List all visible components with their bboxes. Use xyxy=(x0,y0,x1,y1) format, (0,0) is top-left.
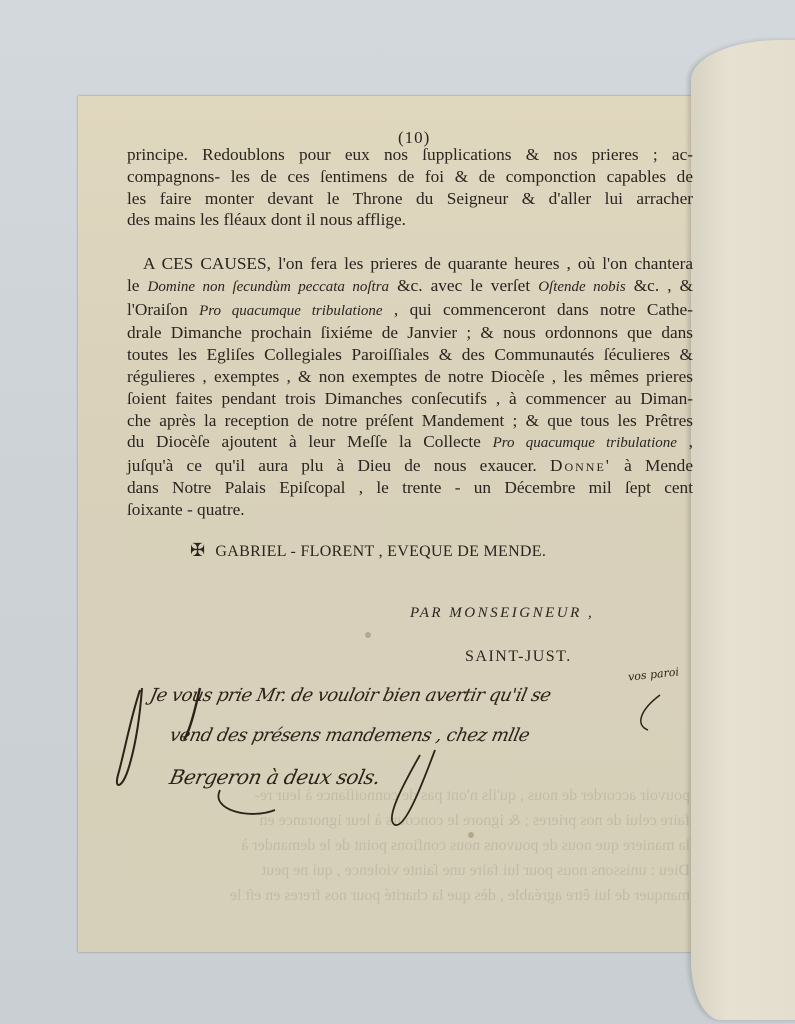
text-line: le Domine non ſecundùm peccata noſtra &c… xyxy=(127,275,693,299)
paper-stain xyxy=(468,832,474,838)
text-fragment: juſqu'à ce qu'il aura plu à Dieu de nous… xyxy=(127,456,550,475)
latin-text: Domine non ſecundùm peccata noſtra xyxy=(148,279,390,295)
text-line: toutes les Egliſes Collegiales Paroiſſia… xyxy=(127,344,693,366)
secretary-name: SAINT-JUST. xyxy=(465,648,572,666)
show-through-line: la maniere que nous de pouvons nous conf… xyxy=(120,835,690,857)
paper-stain xyxy=(365,632,371,638)
text-line: du Diocèſe ajoutent à leur Meſſe la Coll… xyxy=(127,431,693,455)
text-line: dans Notre Palais Epiſcopal , le trente … xyxy=(127,477,693,499)
paragraph-2: A CES CAUSES, l'on fera les prieres de q… xyxy=(127,253,693,521)
text-line: ſoixante - quatre. xyxy=(127,499,693,521)
facing-page-edge xyxy=(691,40,795,1020)
latin-text: Oſtende nobis xyxy=(538,279,625,295)
latin-text: Pro quacumque tribulatione xyxy=(199,303,382,319)
text-line: les faire monter devant le Throne du Sei… xyxy=(127,188,693,210)
handwritten-line: Bergeron à deux sols. xyxy=(167,765,382,789)
signature-text: GABRIEL - FLORENT , EVEQUE DE MENDE. xyxy=(215,543,546,560)
text-fragment: à Mende xyxy=(611,456,693,475)
text-fragment: &c. avec le verſet xyxy=(389,276,538,295)
text-line: l'Oraiſon Pro quacumque tribulatione , q… xyxy=(127,299,693,323)
handwritten-line: vend des présens mandemens , chez mlle xyxy=(168,725,532,746)
text-line: compagnons- les de ces ſentimens de foi … xyxy=(127,166,693,188)
text-fragment: du Diocèſe ajoutent à leur Meſſe la Coll… xyxy=(127,432,493,451)
text-line: régulieres , exemptes , & non exemptes d… xyxy=(127,366,693,388)
text-line: ſoient faites pendant trois Dimanches co… xyxy=(127,388,693,410)
donne-small-caps: Donne' xyxy=(550,456,611,475)
cross-pattee-icon: ✠ xyxy=(190,540,205,560)
text-line: che après la reception de notre préſent … xyxy=(127,410,693,432)
text-fragment: l'Oraiſon xyxy=(127,300,199,319)
text-fragment: &c. , & xyxy=(626,276,693,295)
latin-text: Pro quacumque tribulatione xyxy=(493,435,677,451)
text-line: juſqu'à ce qu'il aura plu à Dieu de nous… xyxy=(127,455,693,477)
text-line: principe. Redoublons pour eux nos ſuppli… xyxy=(127,144,693,166)
show-through-line: faire celui de nos prieres ; & ignore le… xyxy=(120,810,690,832)
text-line: A CES CAUSES, l'on fera les prieres de q… xyxy=(127,253,693,275)
paragraph-1: principe. Redoublons pour eux nos ſuppli… xyxy=(127,144,693,231)
handwritten-line: Je vous prie Mr. de vouloir bien avertir… xyxy=(148,685,553,706)
text-line: des mains les fléaux dont il nous afflig… xyxy=(127,209,693,231)
text-fragment: , xyxy=(677,432,693,451)
bishop-signature: ✠GABRIEL - FLORENT , EVEQUE DE MENDE. xyxy=(190,540,546,561)
text-fragment: , qui commenceront dans notre Cathe- xyxy=(383,300,693,319)
text-line: drale Dimanche prochain ſixiéme de Janvi… xyxy=(127,322,693,344)
show-through-line: manquer de lui être agréable , dès que l… xyxy=(120,885,690,907)
par-monseigneur: PAR MONSEIGNEUR , xyxy=(410,605,594,622)
show-through-line: Dieu : unissons nous pour lui faire une … xyxy=(120,860,690,882)
text-fragment: le xyxy=(127,276,148,295)
